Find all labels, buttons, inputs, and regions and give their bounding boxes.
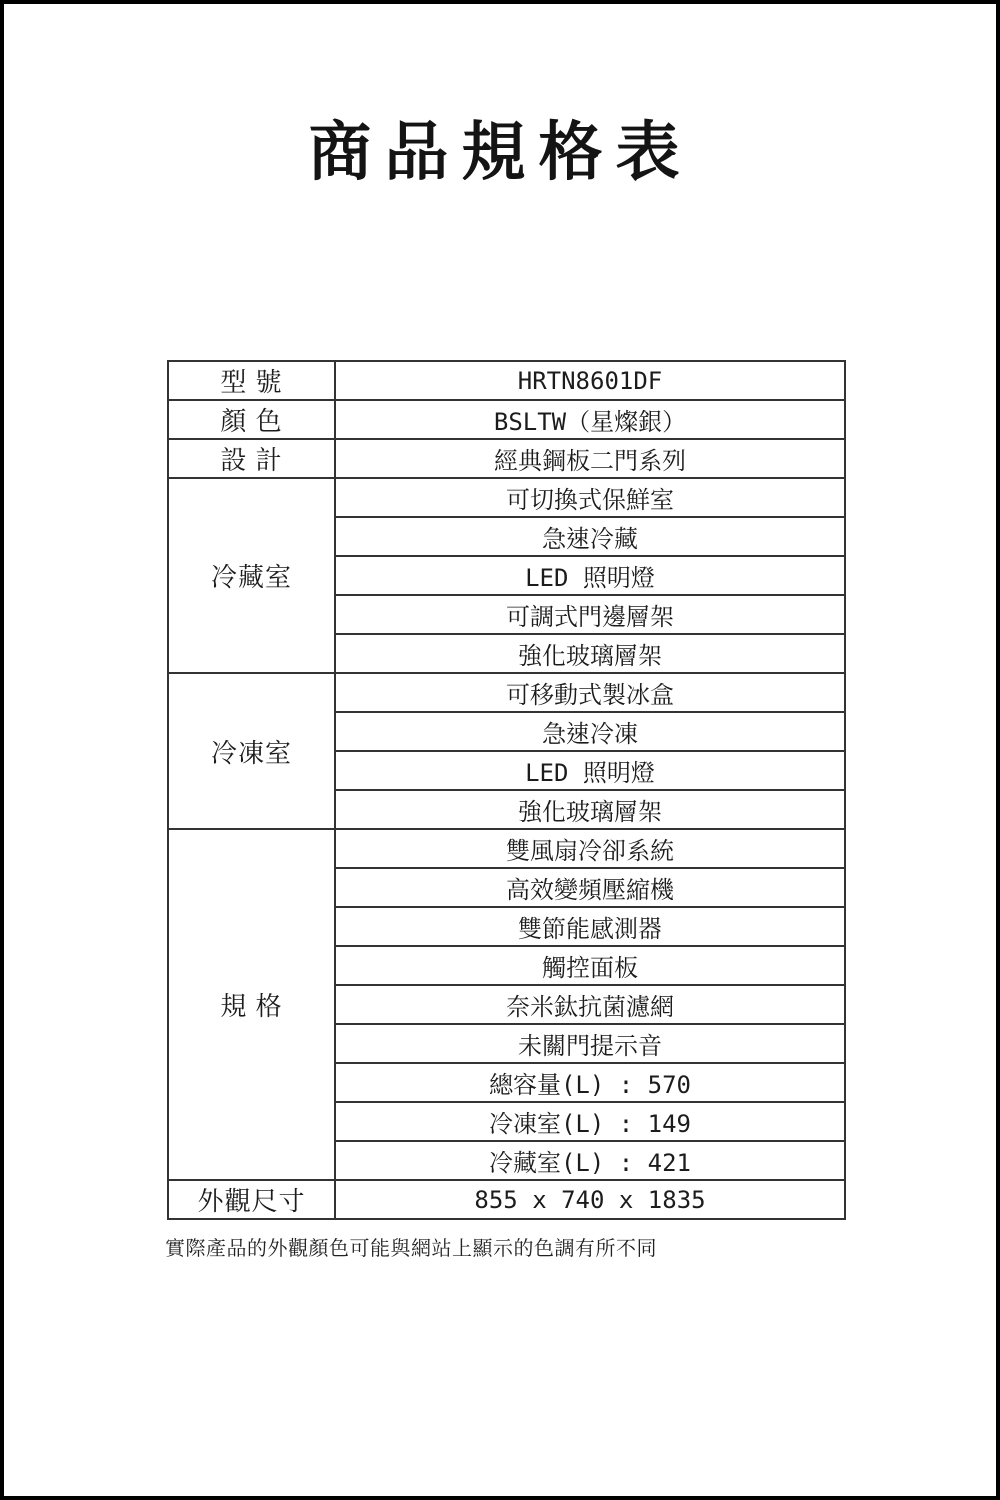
spec-value: 強化玻璃層架	[335, 790, 845, 829]
spec-value-model: HRTN8601DF	[335, 361, 845, 400]
table-row: 外觀尺寸 855 x 740 x 1835	[168, 1180, 845, 1219]
page-title: 商品規格表	[4, 116, 996, 188]
spec-value: LED 照明燈	[335, 751, 845, 790]
spec-value-fridge-capacity: 冷藏室(L) : 421	[335, 1141, 845, 1180]
spec-value: 高效變頻壓縮機	[335, 868, 845, 907]
spec-table-body: 型 號 HRTN8601DF 顏 色 BSLTW（星燦銀） 設 計 經典鋼板二門…	[168, 361, 845, 1219]
table-row: 冷藏室 可切換式保鮮室	[168, 478, 845, 517]
spec-label-dimensions: 外觀尺寸	[168, 1180, 335, 1219]
spec-value-freezer-capacity: 冷凍室(L) : 149	[335, 1102, 845, 1141]
spec-value: 雙節能感測器	[335, 907, 845, 946]
spec-value: 未關門提示音	[335, 1024, 845, 1063]
table-row: 冷凍室 可移動式製冰盒	[168, 673, 845, 712]
spec-value: 雙風扇冷卻系統	[335, 829, 845, 868]
spec-label-freezer-compartment: 冷凍室	[168, 673, 335, 829]
spec-value: LED 照明燈	[335, 556, 845, 595]
spec-sheet-page: 商品規格表 型 號 HRTN8601DF 顏 色 BSLTW（星燦銀） 設 計 …	[0, 0, 1000, 1500]
spec-value: 急速冷藏	[335, 517, 845, 556]
spec-label-color: 顏 色	[168, 400, 335, 439]
table-row: 設 計 經典鋼板二門系列	[168, 439, 845, 478]
spec-value-design: 經典鋼板二門系列	[335, 439, 845, 478]
spec-table: 型 號 HRTN8601DF 顏 色 BSLTW（星燦銀） 設 計 經典鋼板二門…	[167, 360, 846, 1220]
spec-value: 可調式門邊層架	[335, 595, 845, 634]
spec-value-dimensions: 855 x 740 x 1835	[335, 1180, 845, 1219]
table-row: 規 格 雙風扇冷卻系統	[168, 829, 845, 868]
spec-value: 強化玻璃層架	[335, 634, 845, 673]
spec-value: 可移動式製冰盒	[335, 673, 845, 712]
table-row: 型 號 HRTN8601DF	[168, 361, 845, 400]
spec-value-total-capacity: 總容量(L) : 570	[335, 1063, 845, 1102]
spec-value-color: BSLTW（星燦銀）	[335, 400, 845, 439]
table-row: 顏 色 BSLTW（星燦銀）	[168, 400, 845, 439]
spec-label-model: 型 號	[168, 361, 335, 400]
spec-value: 奈米鈦抗菌濾網	[335, 985, 845, 1024]
spec-label-fridge-compartment: 冷藏室	[168, 478, 335, 673]
spec-label-design: 設 計	[168, 439, 335, 478]
spec-label-specifications: 規 格	[168, 829, 335, 1180]
spec-value: 急速冷凍	[335, 712, 845, 751]
footnote: 實際產品的外觀顏色可能與網站上顯示的色調有所不同	[165, 1232, 657, 1261]
spec-value: 觸控面板	[335, 946, 845, 985]
spec-value: 可切換式保鮮室	[335, 478, 845, 517]
